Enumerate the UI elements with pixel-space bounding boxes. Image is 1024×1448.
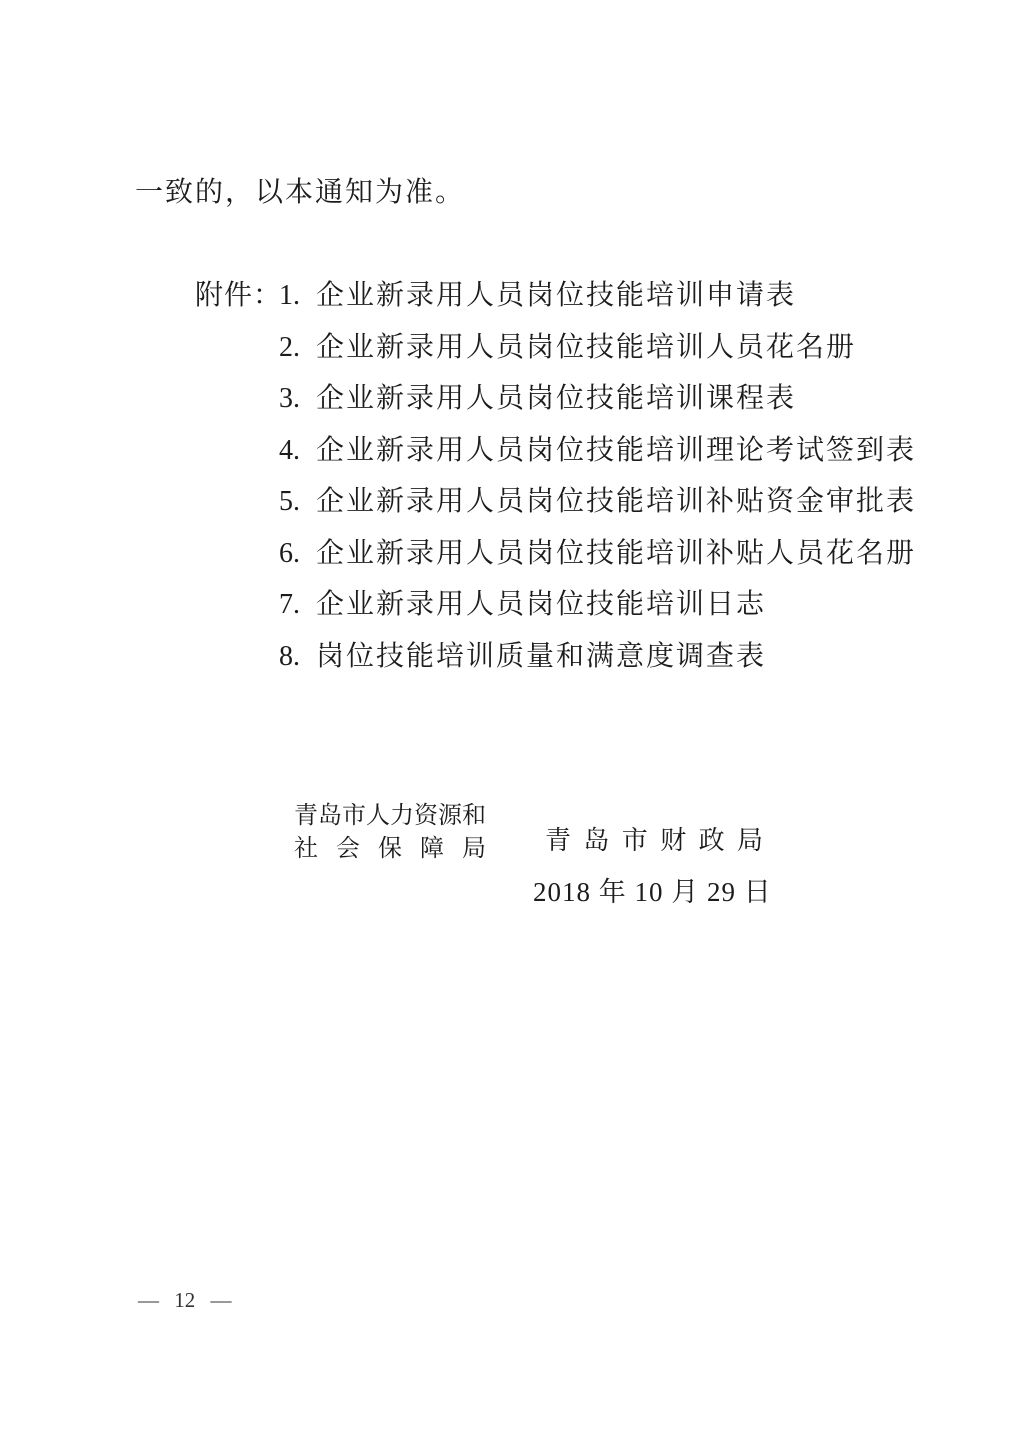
attachment-title: 企业新录用人员岗位技能培训补贴人员花名册 bbox=[316, 528, 916, 580]
closing-line: 一致的，以本通知为准。 bbox=[135, 170, 465, 210]
attachment-title: 企业新录用人员岗位技能培训日志 bbox=[316, 579, 766, 631]
signature-agency-left: 青岛市人力资源和 社会保障局 bbox=[294, 800, 486, 866]
attachment-title: 企业新录用人员岗位技能培训理论考试签到表 bbox=[316, 425, 916, 477]
attachment-number: 1. bbox=[279, 270, 316, 322]
attachment-item: 附件： 1. 企业新录用人员岗位技能培训申请表 bbox=[195, 270, 916, 322]
signature-agency-right: 青岛市财政局 bbox=[545, 820, 763, 857]
attachment-number: 6. bbox=[279, 528, 316, 580]
attachment-number: 2. bbox=[279, 322, 316, 374]
document-page: 一致的，以本通知为准。 附件： 1. 企业新录用人员岗位技能培训申请表 2. 企… bbox=[0, 0, 1024, 1448]
attachment-title: 企业新录用人员岗位技能培训课程表 bbox=[316, 373, 796, 425]
attachment-title: 企业新录用人员岗位技能培训申请表 bbox=[316, 270, 796, 322]
attachments-label: 附件： bbox=[195, 270, 279, 322]
attachment-number: 4. bbox=[279, 425, 316, 477]
attachment-item: 3. 企业新录用人员岗位技能培训课程表 bbox=[195, 373, 916, 425]
attachment-number: 3. bbox=[279, 373, 316, 425]
agency-left-line2: 社会保障局 bbox=[294, 833, 486, 866]
attachment-title: 企业新录用人员岗位技能培训人员花名册 bbox=[316, 322, 856, 374]
page-number: — 12 — bbox=[138, 1288, 232, 1313]
attachment-item: 4. 企业新录用人员岗位技能培训理论考试签到表 bbox=[195, 425, 916, 477]
attachment-number: 7. bbox=[279, 579, 316, 631]
attachment-item: 5. 企业新录用人员岗位技能培训补贴资金审批表 bbox=[195, 476, 916, 528]
attachments-list: 附件： 1. 企业新录用人员岗位技能培训申请表 2. 企业新录用人员岗位技能培训… bbox=[195, 270, 916, 682]
agency-left-line1: 青岛市人力资源和 bbox=[294, 800, 486, 833]
attachment-item: 2. 企业新录用人员岗位技能培训人员花名册 bbox=[195, 322, 916, 374]
signature-date: 2018 年 10 月 29 日 bbox=[533, 870, 772, 909]
attachment-title: 企业新录用人员岗位技能培训补贴资金审批表 bbox=[316, 476, 916, 528]
attachment-item: 7. 企业新录用人员岗位技能培训日志 bbox=[195, 579, 916, 631]
attachment-number: 8. bbox=[279, 631, 316, 683]
attachment-title: 岗位技能培训质量和满意度调查表 bbox=[316, 631, 766, 683]
attachment-item: 6. 企业新录用人员岗位技能培训补贴人员花名册 bbox=[195, 528, 916, 580]
attachment-number: 5. bbox=[279, 476, 316, 528]
attachment-item: 8. 岗位技能培训质量和满意度调查表 bbox=[195, 631, 916, 683]
